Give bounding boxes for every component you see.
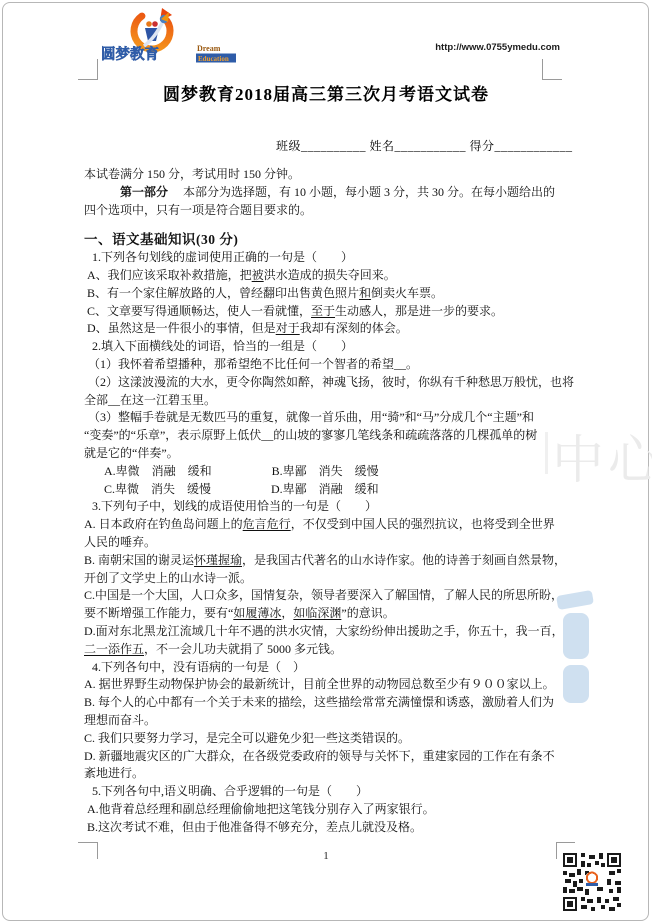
text-segment: C、文章要写得通顺畅达，使人一看就懂， (87, 304, 311, 318)
text-line: D. 新疆地震灾区的广大群众，在各级党委政府的领导与关怀下，重建家园的工作在有条… (84, 748, 576, 766)
text-segment: ”的意识。 (341, 606, 394, 620)
page-number: 1 (0, 850, 652, 862)
text-segment: D、虽然这是一件很小的事情，但是 (87, 321, 276, 335)
text-segment: A. 日本政府在钓鱼岛问题上的 (84, 517, 243, 531)
underlined-phrase: 如履薄冰 (233, 606, 281, 620)
text-segment: 一、语文基础知识(30 分) (84, 232, 238, 247)
text-line: B. 南朝宋国的谢灵运怀瑾握瑜，是我国古代著名的山水诗作家。他的诗善于刻画自然景… (84, 552, 576, 570)
text-line: 本试卷满分 150 分，考试用时 150 分钟。 (84, 166, 576, 184)
text-segment: B. 南朝宋国的谢灵运 (84, 553, 194, 567)
underlined-phrase: 如临深渊 (293, 606, 341, 620)
text-line: 1.下列各句划线的虚词使用正确的一句是（ ） (84, 249, 576, 267)
text-segment: A.他背着总经理和副总经理偷偷地把这笔钱分别存入了两家银行。 (87, 802, 435, 816)
dream-education-logo: 圆梦教育 Dream Education (100, 6, 248, 64)
text-line: 3.下列句子中，划线的成语使用恰当的一句是（ ） (84, 498, 576, 516)
text-segment: 要不断增强工作能力，要有“ (84, 606, 233, 620)
text-segment: D.面对东北黑龙江流域几十年不遇的洪水灾情，大家纷纷伸出援助之手，你五十，我一百… (84, 624, 564, 638)
text-line: C.中国是一个大国，人口众多，国情复杂，领导者要深入了解国情，了解人民的所思所盼… (84, 587, 576, 605)
text-segment: “变奏”的“乐章”，表示原野上低伏__的山坡的寥寥几笔线条和疏疏落落的几棵孤单的… (84, 428, 537, 442)
text-segment: B.这次考试不难，但由于他准备得不够充分，差点儿就没及格。 (87, 820, 422, 834)
text-line: A.卑微 消融 缓和 B.卑鄙 消失 缓慢 (84, 463, 576, 481)
text-segment: 4.下列各句中，没有语病的一句是（ ） (92, 660, 305, 674)
text-line: C.卑微 消失 缓慢 D.卑鄙 消融 缓和 (84, 481, 576, 499)
text-segment: 1.下列各句划线的虚词使用正确的一句是（ ） (92, 250, 353, 264)
text-line: A. 据世界野生动物保护协会的最新统计，目前全世界的动物园总数至少有９００家以上… (84, 676, 576, 694)
crop-mark-top-right (542, 59, 562, 80)
underlined-phrase: 至于 (311, 304, 335, 318)
text-line: D.面对东北黑龙江流域几十年不遇的洪水灾情，大家纷纷伸出援助之手，你五十，我一百… (84, 623, 576, 641)
text-line: 4.下列各句中，没有语病的一句是（ ） (84, 659, 576, 677)
text-line: 全部__在这一江碧玉里。 (84, 392, 576, 410)
text-segment: 我却有深刻的体会。 (300, 321, 408, 335)
text-segment: A.卑微 消融 缓和 B.卑鄙 消失 缓慢 (104, 464, 379, 478)
underlined-phrase: 对于 (276, 321, 300, 335)
text-line: A.他背着总经理和副总经理偷偷地把这笔钱分别存入了两家银行。 (84, 801, 576, 819)
underlined-phrase: 怀瑾握瑜 (194, 553, 242, 567)
text-segment: 理想而奋斗。 (84, 713, 156, 727)
text-line: 二一添作五，不一会儿功夫就捐了 5000 多元钱。 (84, 641, 576, 659)
crop-mark-top-left (78, 59, 98, 80)
text-line: 5.下列各句中,语义明确、合乎逻辑的一句是（ ） (84, 783, 576, 801)
text-segment: 倒卖火车票。 (371, 286, 443, 300)
text-segment: C. 我们只要努力学习，是完全可以避免少犯一些这类错误的。 (84, 731, 410, 745)
text-segment: 本试卷满分 150 分，考试用时 150 分钟。 (84, 167, 300, 181)
text-segment: （3）整幅手卷就是无数匹马的重复，就像一首乐曲，用“骑”和“马”分成几个“主题”… (88, 410, 534, 424)
text-segment: C.卑微 消失 缓慢 D.卑鄙 消融 缓和 (104, 482, 379, 496)
text-segment: C.中国是一个大国，人口众多，国情复杂，领导者要深入了解国情，了解人民的所思所盼… (84, 588, 563, 602)
text-segment: 生动感人，那是进一步的要求。 (335, 304, 503, 318)
text-segment: 人民的唾弃。 (84, 535, 156, 549)
logo-en-line2: Education (198, 55, 229, 63)
text-line: B. 每个人的心中都有一个关于未来的描绘，这些描绘常常充满憧憬和诱惑，激励着人们… (84, 694, 576, 712)
text-segment: ，是我国古代著名的山水诗作家。他的诗善于刻画自然景物， (242, 553, 566, 567)
text-line: D、虽然这是一件很小的事情，但是对于我却有深刻的体会。 (84, 320, 576, 338)
text-segment: D. 新疆地震灾区的广大群众，在各级党委政府的领导与关怀下，重建家园的工作在有条… (84, 749, 555, 763)
website-url: http://www.0755ymedu.com (435, 42, 560, 53)
document-body: 本试卷满分 150 分，考试用时 150 分钟。第一部分 本部分为选择题，有 1… (84, 166, 576, 836)
text-line: 紊地进行。 (84, 765, 576, 783)
text-line: 四个选项中，只有一项是符合题目要求的。 (84, 202, 576, 220)
text-segment: 3.下列句子中，划线的成语使用恰当的一句是（ ） (92, 499, 377, 513)
text-line: 要不断增强工作能力，要有“如履薄冰，如临深渊”的意识。 (84, 605, 576, 623)
student-fields: 班级__________ 姓名___________ 得分___________… (276, 137, 573, 154)
text-line: B.这次考试不难，但由于他准备得不够充分，差点儿就没及格。 (84, 819, 576, 837)
text-segment: A、我们应该采取补救措施，把 (87, 268, 252, 282)
text-line: 就是它的“伴奏”。 (84, 445, 576, 463)
text-segment: （1）我怀着希望播种，那希望绝不比任何一个智者的希望__。 (88, 357, 418, 371)
text-segment: 2.填入下面横线处的词语，恰当的一组是（ ） (92, 339, 353, 353)
qr-code (561, 851, 623, 913)
text-line: 一、语文基础知识(30 分) (84, 231, 576, 249)
text-line: 开创了文学史上的山水诗一派。 (84, 570, 576, 588)
text-line: （1）我怀着希望播种，那希望绝不比任何一个智者的希望__。 (84, 356, 576, 374)
text-line: A. 日本政府在钓鱼岛问题上的危言危行，不仅受到中国人民的强烈抗议，也将受到全世… (84, 516, 576, 534)
text-line: （3）整幅手卷就是无数匹马的重复，就像一首乐曲，用“骑”和“马”分成几个“主题”… (84, 409, 576, 427)
text-line: 第一部分 本部分为选择题，有 10 小题，每小题 3 分，共 30 分。在每小题… (84, 184, 576, 202)
text-segment: ，不一会儿功夫就捐了 5000 多元钱。 (144, 642, 342, 656)
text-segment: 四个选项中，只有一项是符合题目要求的。 (84, 203, 312, 217)
text-line: C. 我们只要努力学习，是完全可以避免少犯一些这类错误的。 (84, 730, 576, 748)
text-line: 2.填入下面横线处的词语，恰当的一组是（ ） (84, 338, 576, 356)
text-segment: ，不仅受到中国人民的强烈抗议，也将受到全世界 (291, 517, 555, 531)
text-line: B、有一个家住解放路的人，曾经翻印出售黄色照片和倒卖火车票。 (84, 285, 576, 303)
underlined-phrase: 二一添作五 (84, 642, 144, 656)
text-line: “变奏”的“乐章”，表示原野上低伏__的山坡的寥寥几笔线条和疏疏落落的几棵孤单的… (84, 427, 576, 445)
text-segment: 全部__在这一江碧玉里。 (84, 393, 216, 407)
text-line: （2）这漾波漫流的大水，更令你陶然如醉，神魂飞扬，彼时，你纵有千种愁思万般忧，也… (84, 374, 576, 392)
text-segment: （2）这漾波漫流的大水，更令你陶然如醉，神魂飞扬，彼时，你纵有千种愁思万般忧，也… (88, 375, 574, 389)
text-line: 理想而奋斗。 (84, 712, 576, 730)
text-segment: 开创了文学史上的山水诗一派。 (84, 571, 252, 585)
text-segment: 第一部分 (120, 185, 168, 199)
text-line: C、文章要写得通顺畅达，使人一看就懂，至于生动感人，那是进一步的要求。 (84, 303, 576, 321)
exam-page: 圆梦教育 Dream Education // bind logo texts … (0, 0, 652, 924)
text-line: A、我们应该采取补救措施，把被洪水造成的损失夺回来。 (84, 267, 576, 285)
exam-title: 圆梦教育2018届高三第三次月考语文试卷 (0, 80, 652, 105)
underlined-phrase: 被 (252, 268, 264, 282)
underlined-phrase: 危言危行 (243, 517, 291, 531)
text-segment: A. 据世界野生动物保护协会的最新统计，目前全世界的动物园总数至少有９００家以上… (84, 677, 555, 691)
text-line: 人民的唾弃。 (84, 534, 576, 552)
underlined-phrase: 和 (359, 286, 371, 300)
text-segment: 5.下列各句中,语义明确、合乎逻辑的一句是（ ） (92, 784, 368, 798)
logo-swirl-icon: 圆梦教育 Dream Education (100, 6, 248, 64)
text-segment: B、有一个家住解放路的人，曾经翻印出售黄色照片 (87, 286, 359, 300)
logo-en-line1: Dream (197, 44, 221, 53)
text-segment: 本部分为选择题，有 10 小题，每小题 3 分，共 30 分。在每小题给出的 (168, 185, 555, 199)
text-segment: 就是它的“伴奏”。 (84, 446, 179, 460)
text-segment: 洪水造成的损失夺回来。 (264, 268, 396, 282)
logo-cn-text: 圆梦教育 (101, 45, 159, 63)
text-segment: 紊地进行。 (84, 766, 144, 780)
text-segment: ， (281, 606, 293, 620)
text-segment: B. 每个人的心中都有一个关于未来的描绘，这些描绘常常充满憧憬和诱惑，激励着人们… (84, 695, 554, 709)
